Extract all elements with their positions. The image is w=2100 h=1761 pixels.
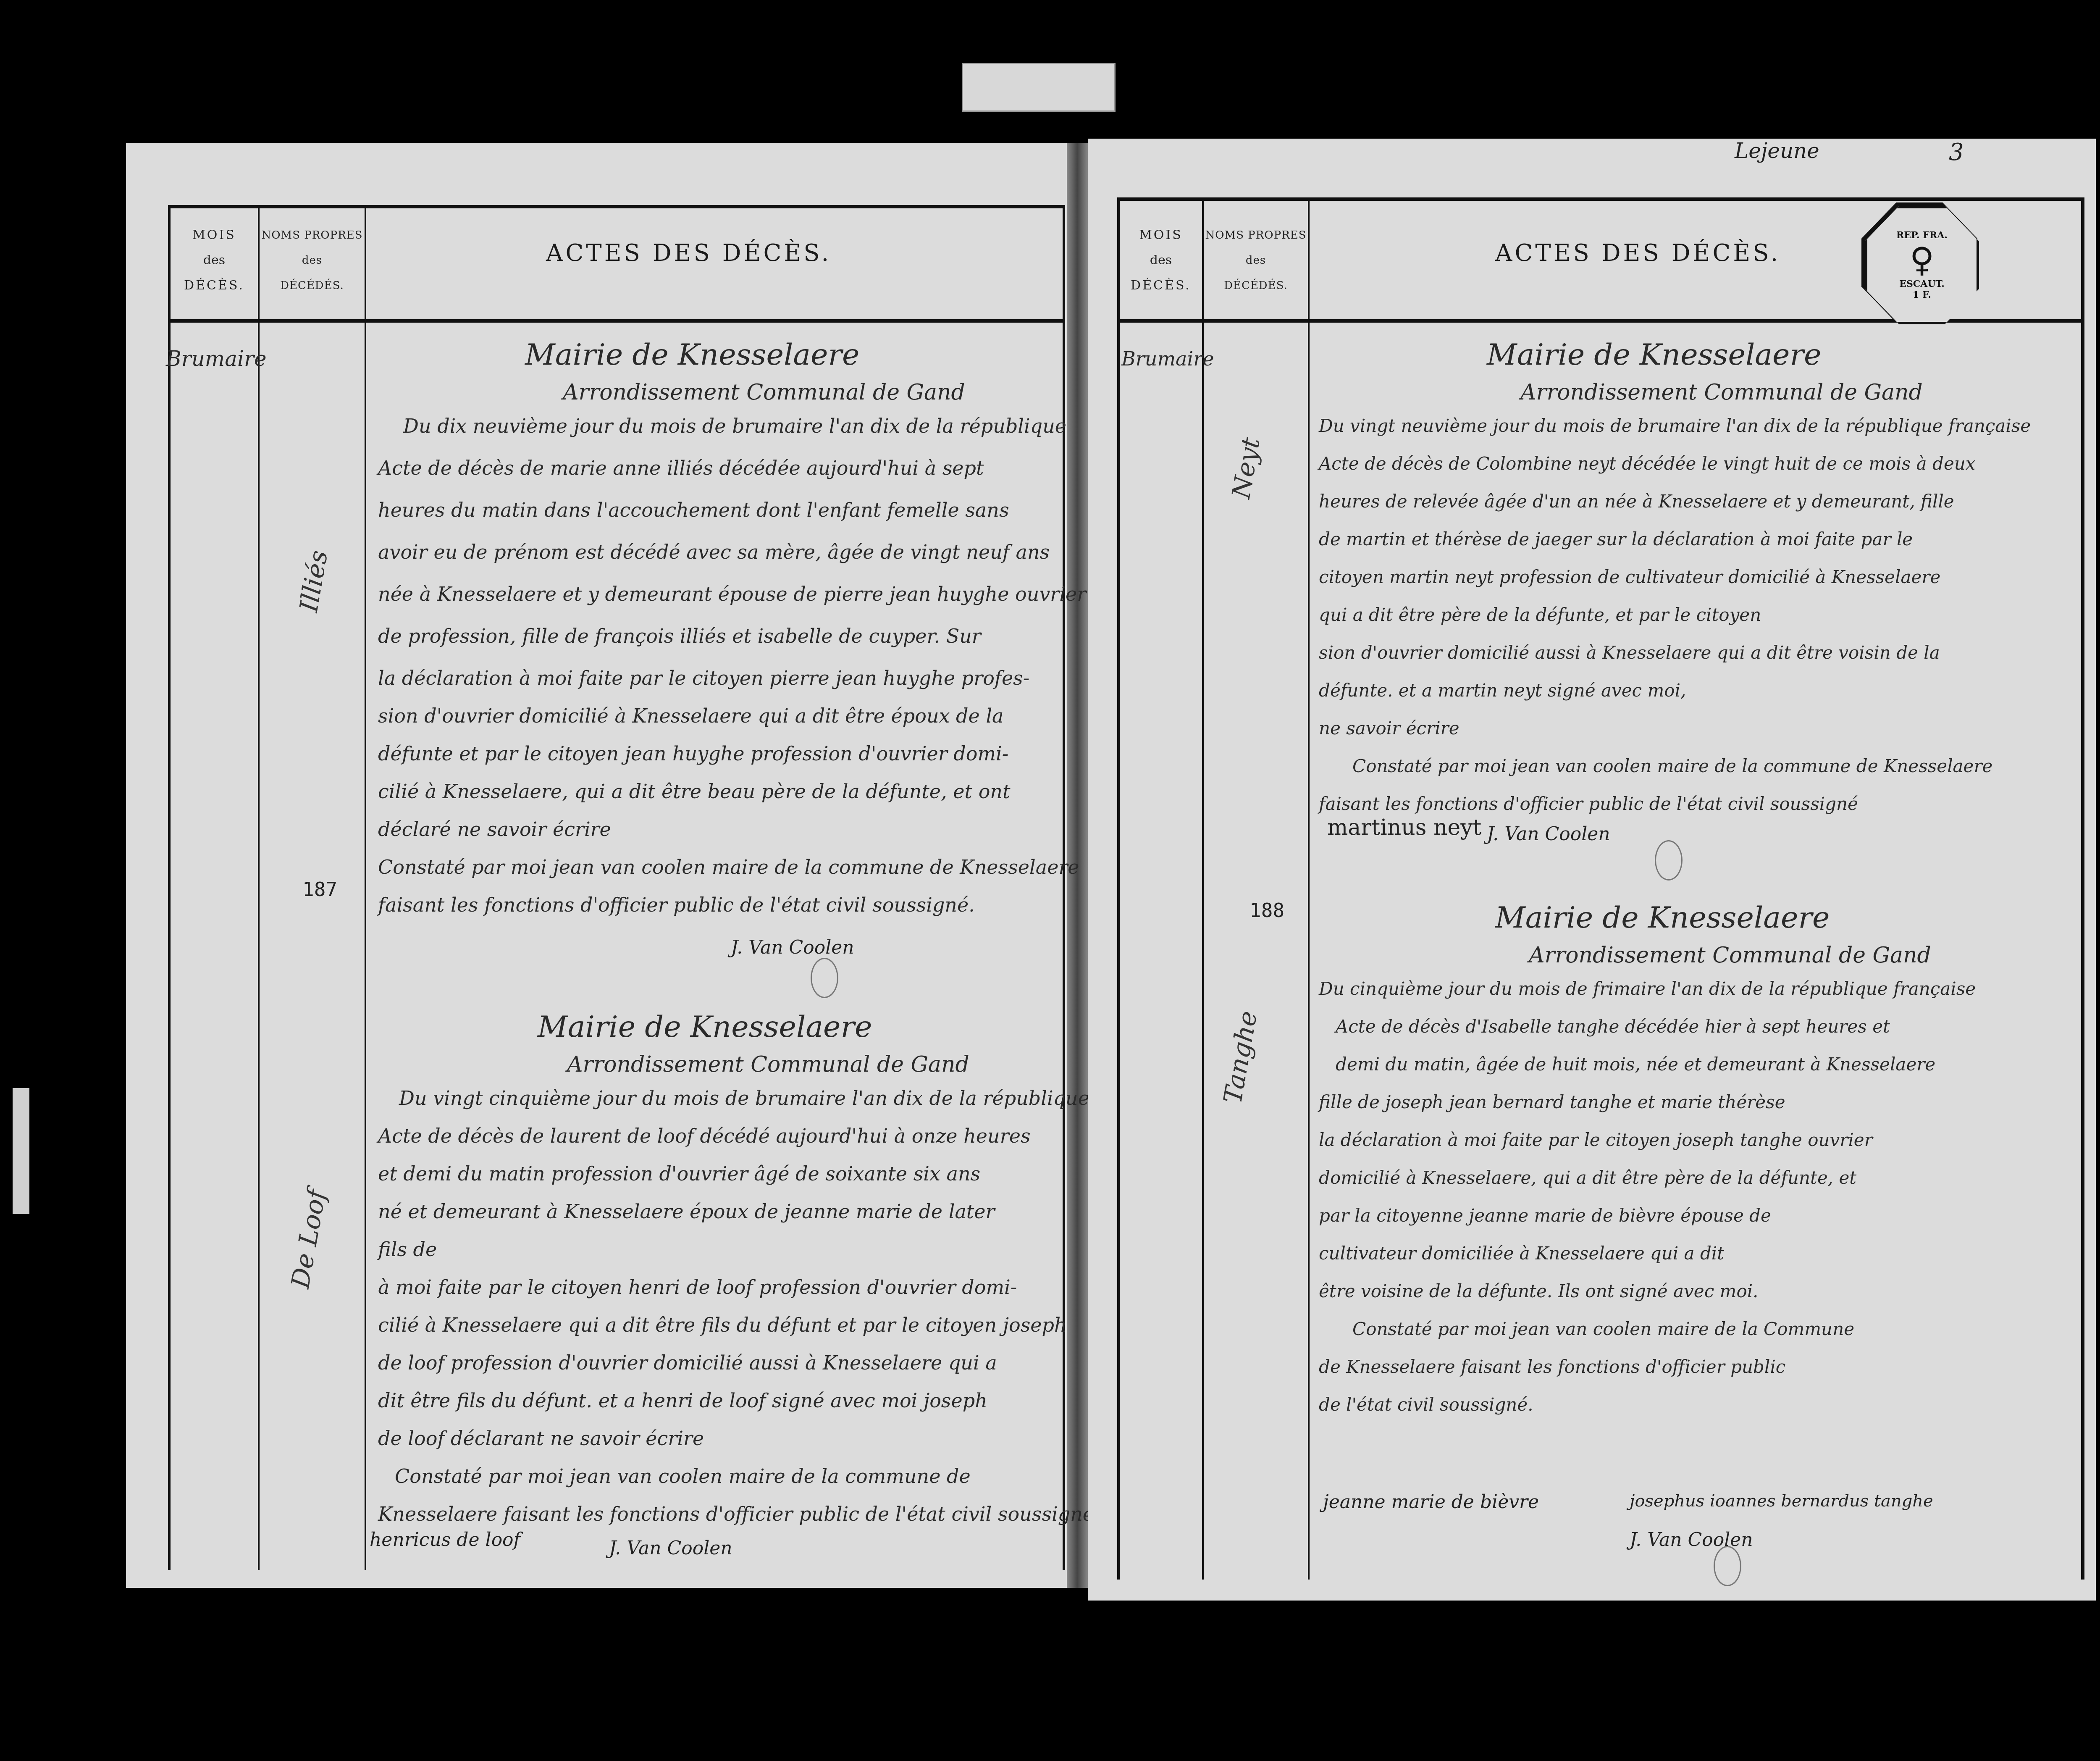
stamp-denomination: 1 F.	[1913, 289, 1931, 300]
right-page-title: ACTES DES DÉCÈS.	[1495, 239, 1780, 267]
liberty-figure-icon: ♀	[1910, 241, 1934, 279]
paper-tab-left	[13, 1088, 29, 1214]
left-entry2-witness-signature: henricus de loof	[370, 1529, 520, 1551]
right-entry2-seal	[1714, 1546, 1741, 1586]
left-entry1-mayor-signature: J. Van Coolen	[731, 937, 854, 958]
right-col-rule-4	[2081, 197, 2084, 1580]
right-col-rule-2	[1202, 197, 1204, 1580]
right-header-top-rule	[1117, 197, 2083, 201]
right-entry1-seal	[1655, 840, 1683, 880]
left-entry2-mayor-signature: J. Van Coolen	[609, 1538, 732, 1559]
right-col-rule-1	[1117, 197, 1120, 1580]
left-col-rule-1	[168, 205, 171, 1570]
left-entry1-seal	[811, 958, 838, 998]
left-month-label: Brumaire	[166, 336, 267, 381]
right-month-label: Brumaire	[1121, 336, 1214, 381]
stamp-left-text: REP. FRA.	[1896, 230, 1948, 241]
stamp-right-text: ESCAUT.	[1899, 279, 1945, 289]
right-entry1-mayor-signature: J. Van Coolen	[1487, 823, 1610, 845]
right-col-head-names: NOMS PROPRES des DÉCÉDÉS.	[1204, 223, 1308, 298]
left-entry1-act-number: 187	[302, 878, 337, 901]
right-col-head-month: MOIS des DÉCÈS.	[1120, 223, 1202, 298]
right-entry1-act-number: 188	[1249, 899, 1284, 922]
left-col-rule-2	[258, 205, 260, 1570]
right-entry2-mayor-signature: J. Van Coolen	[1630, 1529, 1753, 1551]
right-entry1-declarant-signature: martinus neyt	[1327, 815, 1481, 840]
paper-tab-top	[962, 63, 1116, 112]
left-col-rule-3	[365, 205, 366, 1570]
right-entry2-witness-signature: jeanne marie de bièvre	[1323, 1491, 1539, 1513]
page-number: 3	[1949, 139, 1964, 166]
left-col-head-names: NOMS PROPRES des DÉCÉDÉS.	[260, 223, 365, 298]
left-header-bottom-rule	[168, 319, 1063, 323]
left-col-head-month: MOIS des DÉCÈS.	[171, 223, 258, 298]
top-annotation: Lejeune	[1735, 139, 1819, 163]
left-page-title: ACTES DES DÉCÈS.	[546, 239, 831, 267]
right-entry2-father-signature: josephus ioannes bernardus tanghe	[1630, 1491, 1933, 1511]
right-col-rule-3	[1308, 197, 1310, 1580]
left-header-top-rule	[168, 205, 1063, 208]
